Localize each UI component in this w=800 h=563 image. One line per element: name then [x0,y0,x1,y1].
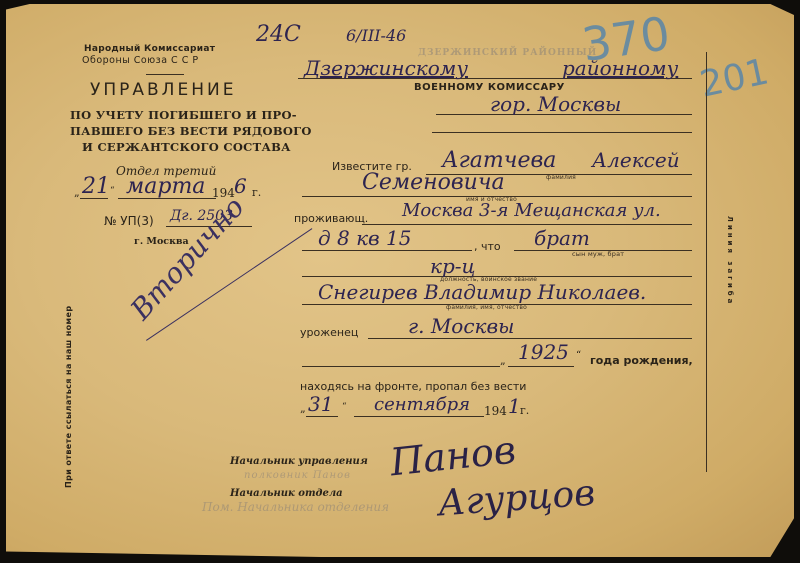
birth-line-blank [302,366,500,367]
signature-chief-department: Агурцов [437,473,597,525]
ministry-line-1: Народный Комиссариат [84,44,215,54]
header-divider [146,74,184,75]
chief-department-label: Начальник отдела [230,488,343,499]
native-label: уроженец [300,326,358,339]
residing-label: проживающ. [294,212,368,225]
directorate-title: УПРАВЛЕНИЕ [90,80,236,100]
front-missing-label: находясь на фронте, пропал без вести [300,380,526,393]
fold-line [706,52,707,472]
blue-pencil-number-201: 201 [696,51,772,105]
missing-month-value: сентября [374,394,470,415]
missing-quote-close: “ [342,402,347,412]
date-quote-open: „ [74,186,80,199]
ministry-line-2: Обороны Союза С С Р [82,55,199,66]
date-day: 21 [82,174,110,199]
relation-value: брат [534,226,590,250]
date-g: г. [252,186,261,199]
birth-year-value: 1925 [518,340,569,364]
native-line [368,338,692,339]
birth-quote-open: „ [500,354,506,367]
missing-day-line [306,416,338,417]
document-paper: Народный Комиссариат Обороны Союза С С Р… [6,4,794,557]
deputy-label: Пом. Начальника отделения [202,500,389,514]
birth-year-line [508,366,574,367]
directorate-subtitle-2: ПАВШЕГО БЕЗ ВЕСТИ РЯДОВОГО [70,124,312,138]
firstname-value: Алексей [592,148,680,172]
address-value-1: Москва 3-я Мещанская ул. [402,200,661,221]
caption-surname: фамилия [546,174,576,181]
missing-quote-open: „ [300,402,306,415]
birth-quote-close: “ [576,350,581,361]
missing-g: г. [520,404,529,417]
missing-day-value: 31 [308,392,333,416]
addressee-handwritten-1: Дзержинскому [304,56,468,80]
caption-soldier-name: фамилия, имя, отчество [446,304,527,311]
fold-line-label: Линия загиба [726,216,734,306]
rank-value: кр-ц [430,254,475,278]
annotation-top-number: 24С [256,22,301,47]
chief-directorate-label: Начальник управления [230,456,368,467]
caption-relation: сын муж, брат [572,250,624,258]
address-line-2 [302,250,472,251]
missing-year-suffix: 1 [508,394,521,418]
date-year-suffix: 6 [234,174,247,198]
soldier-name-value: Снегирев Владимир Николаев. [318,280,646,304]
directorate-subtitle-1: ПО УЧЕТУ ПОГИБШЕГО И ПРО- [70,108,297,122]
margin-reference-note: При ответе ссылаться на наш номер [64,306,73,488]
missing-month-line [354,416,484,417]
missing-year-prefix: 194 [484,404,507,418]
address-value-2: д 8 кв 15 [318,226,412,250]
patronymic-value: Семеновича [362,170,505,195]
chief-directorate-name: полковник Панов [244,470,351,481]
addressee-handwritten-2: районному [562,56,678,80]
that-label: , что [474,240,501,253]
form-top-line [432,132,692,133]
birth-year-label: года рождения, [590,354,693,367]
signature-chief-directorate: Панов [388,428,518,485]
address-line-1 [362,224,692,225]
date-month: марта [126,174,205,199]
native-value: г. Москвы [408,314,514,338]
annotation-top-date: 6/III-46 [346,26,406,45]
reference-number-label: № УП(3) [104,214,154,228]
date-quote-close: “ [110,186,115,196]
directorate-subtitle-3: И СЕРЖАНТСКОГО СОСТАВА [82,140,291,154]
addressee-handwritten-city: гор. Москвы [490,92,621,116]
